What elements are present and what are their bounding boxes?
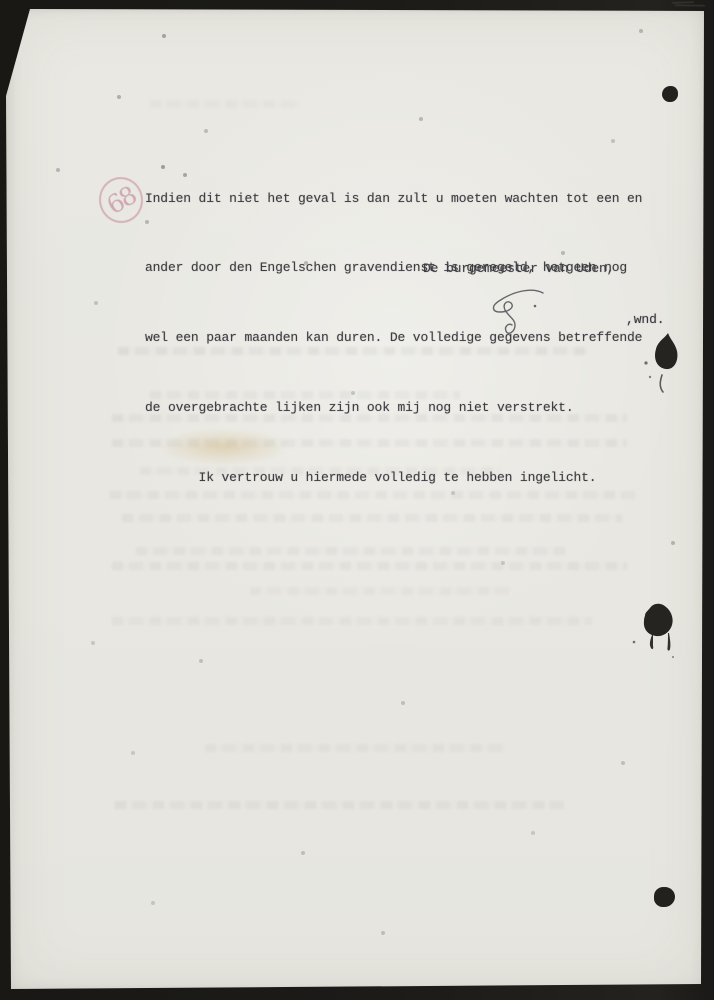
bleedthrough-line [112,562,627,570]
paragraph-line: wel een paar maanden kan duren. De volle… [145,326,642,349]
signature-scribble [486,286,550,338]
border-pencil-marks [672,2,706,8]
signoff-line: De burgemeester van Uden, [423,261,614,276]
paper-sheet: Indien dit niet het geval is dan zult u … [0,0,714,1000]
scanned-letter: Indien dit niet het geval is dan zult u … [0,0,714,1000]
paragraph-line: de overgebrachte lijken zijn ook mij nog… [145,396,642,419]
paragraph-line: Ik vertrouw u hiermede volledig te hebbe… [145,466,642,489]
stamp-number: 68 [102,180,141,219]
ink-blot-middle [628,598,680,660]
ink-dot-bottom [654,887,675,907]
bleedthrough-line [112,617,592,625]
countersign-label: ,wnd. [626,312,665,327]
typed-paragraph: Indien dit niet het geval is dan zult u … [145,140,642,536]
bleedthrough-line [250,587,510,595]
archive-stamp: 68 [96,174,146,226]
paper-specks [0,0,2,2]
bleedthrough-line [205,744,505,752]
ink-blot-upper [640,330,685,405]
bleedthrough-line [150,100,300,108]
bleedthrough-line [136,547,566,555]
paragraph-line: Indien dit niet het geval is dan zult u … [145,187,642,210]
ink-dot-top [662,86,678,102]
bleedthrough-line [115,801,565,809]
